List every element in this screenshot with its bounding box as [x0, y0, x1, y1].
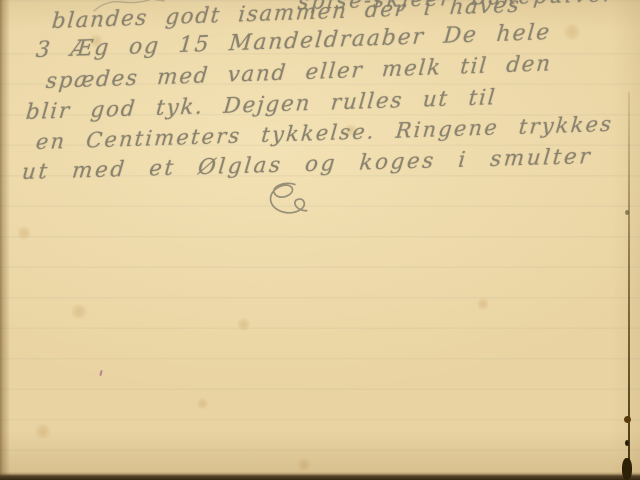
foxing-stain	[296, 458, 312, 471]
binding-edge-shadow	[0, 0, 10, 480]
edge-speck	[625, 440, 629, 446]
edge-speck	[622, 458, 632, 480]
foxing-stain	[70, 304, 88, 319]
edge-speck	[625, 210, 629, 215]
foxing-stain	[16, 226, 32, 240]
notebook-page-scan: spise-skjeer Bakepulver blandes godt isa…	[0, 0, 640, 480]
foxing-stain	[236, 318, 251, 331]
foxing-stain	[196, 398, 209, 409]
monogram-flourish-icon	[261, 179, 316, 223]
edge-speck	[624, 416, 631, 423]
foxing-stain	[476, 298, 490, 310]
foxing-stain	[34, 424, 52, 439]
page-bottom-edge	[0, 472, 640, 480]
foxing-stain	[562, 24, 582, 40]
